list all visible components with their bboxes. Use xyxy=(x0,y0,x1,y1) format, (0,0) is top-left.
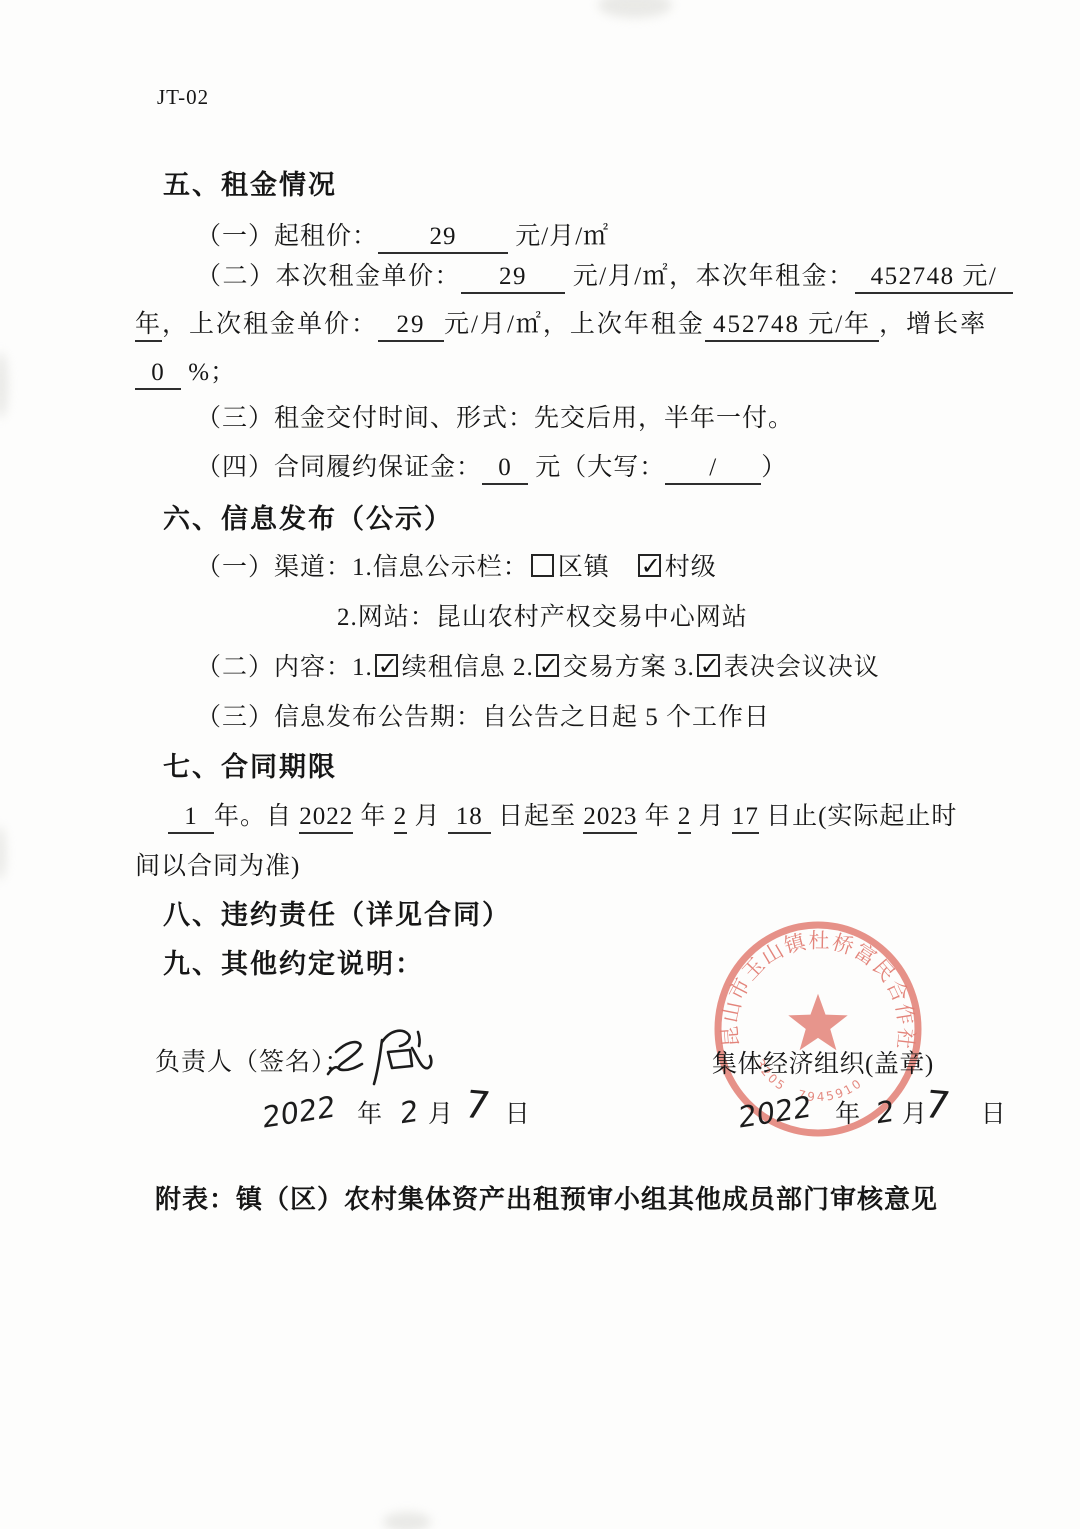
check-icon: ✓ xyxy=(378,649,399,683)
scan-smudge xyxy=(598,0,672,18)
line-payment-terms: （三）租金交付时间、形式：先交后用，半年一付。 xyxy=(196,402,794,436)
line-website: 2.网站：昆山农村产权交易中心网站 xyxy=(337,601,748,635)
term-text-3: 月 xyxy=(407,803,448,830)
date-right-day-label: 日 xyxy=(981,1101,1007,1128)
scan-smudge xyxy=(383,1512,431,1529)
start-year: 2022 xyxy=(299,802,353,834)
scan-smudge xyxy=(0,826,6,880)
checkbox-trade-plan-checked: ✓ xyxy=(536,654,559,677)
percent-sign: %； xyxy=(188,359,236,386)
checkbox-village-checked: ✓ xyxy=(638,554,661,577)
checkbox-renewal-info-checked: ✓ xyxy=(375,654,398,677)
date-left: 2022 年 2 月 7 日 xyxy=(262,1092,531,1132)
district-town-label: 区镇 xyxy=(558,554,610,581)
deposit-label: （四）合同履约保证金： xyxy=(196,454,482,481)
line-deposit: （四）合同履约保证金：0 元（大写：/） xyxy=(196,451,787,485)
appendix-note: 附表：镇（区）农村集体资产出租预审小组其他成员部门审核意见 xyxy=(155,1183,938,1217)
vote-resolution-label: 表决会议决议 xyxy=(724,654,880,681)
line-contract-term: 1年。自 2022 年 2 月 18 日起至 2023 年 2 月 17 日止(… xyxy=(168,800,957,834)
current-rent-unit-price: 29 xyxy=(461,262,565,294)
trade-plan-label: 交易方案 3. xyxy=(563,654,695,681)
date-right-year-value: 2022 xyxy=(738,1089,812,1135)
scanned-form-page: JT-02 五、租金情况 （一）起租价：29 元/月/㎡ （二）本次租金单价：2… xyxy=(0,0,1080,1529)
signature-handwriting xyxy=(322,1018,452,1103)
growth-rate-label: ，增长率 xyxy=(879,311,987,338)
seal-star-icon xyxy=(788,994,847,1051)
term-text-1: 年。自 xyxy=(214,803,299,830)
current-annual-rent: 452748 元/ xyxy=(855,262,1014,294)
deposit-caps-value: / xyxy=(665,453,761,485)
date-right-year-label: 年 xyxy=(835,1101,861,1128)
term-text-6: 月 xyxy=(691,803,732,830)
base-rent-unit: 元/月/㎡ xyxy=(515,223,609,250)
deposit-caps-label: 元（大写： xyxy=(535,454,665,481)
form-code: JT-02 xyxy=(157,80,209,114)
term-text-5: 年 xyxy=(637,803,678,830)
line-base-rent: （一）起租价：29 元/月/㎡ xyxy=(196,220,609,254)
section-5-heading: 五、租金情况 xyxy=(163,168,337,202)
line-previous-rent: 年，上次租金单价：29元/月/㎡，上次年租金452748 元/年，增长率 xyxy=(135,308,987,342)
term-text-7: 日止(实际起止时 xyxy=(759,803,958,830)
section-7-heading: 七、合同期限 xyxy=(163,750,337,784)
date-left-month-value: 2 xyxy=(400,1093,419,1130)
base-rent-value: 29 xyxy=(378,222,508,254)
contents-label: （二）内容：1. xyxy=(196,654,373,681)
end-year: 2023 xyxy=(583,802,637,834)
wrap-char-year: 年 xyxy=(135,310,162,342)
checkbox-district-town-unchecked xyxy=(531,554,554,577)
end-day: 17 xyxy=(732,802,759,834)
date-left-year-label: 年 xyxy=(357,1101,383,1128)
channels-label: （一）渠道：1.信息公示栏： xyxy=(196,554,529,581)
renewal-info-label: 续租信息 2. xyxy=(402,654,534,681)
line-contents: （二）内容：1.✓续租信息 2.✓交易方案 3.✓表决会议决议 xyxy=(196,651,880,685)
section-9-heading: 九、其他约定说明： xyxy=(163,947,424,981)
previous-rent-label: ，上次租金单价： xyxy=(162,311,378,338)
line-channels: （一）渠道：1.信息公示栏：区镇✓村级 xyxy=(196,551,717,585)
date-right: 2022 年 2 月 7 日 xyxy=(738,1092,1007,1132)
previous-annual-rent: 452748 元/年 xyxy=(705,310,879,342)
base-rent-label: （一）起租价： xyxy=(196,223,378,250)
current-rent-mid: 元/月/㎡，本次年租金： xyxy=(573,263,855,290)
start-month: 2 xyxy=(394,802,408,834)
scan-smudge xyxy=(0,352,8,418)
term-years-value: 1 xyxy=(168,802,214,834)
line-current-rent: （二）本次租金单价：29 元/月/㎡，本次年租金：452748 元/ xyxy=(196,260,1013,294)
section-8-heading: 八、违约责任（详见合同） xyxy=(163,898,511,932)
start-day: 18 xyxy=(448,802,491,834)
date-left-day-label: 日 xyxy=(505,1101,531,1128)
org-seal-label: 集体经济组织(盖章) xyxy=(712,1048,934,1082)
village-label: 村级 xyxy=(665,554,717,581)
previous-rent-unit-price: 29 xyxy=(378,310,444,342)
line-growth-rate: 0 %； xyxy=(135,356,236,390)
checkbox-vote-resolution-checked: ✓ xyxy=(697,654,720,677)
date-left-year-value: 2022 xyxy=(262,1089,336,1135)
previous-rent-mid: 元/月/㎡，上次年租金 xyxy=(444,311,705,338)
check-icon: ✓ xyxy=(641,549,662,583)
current-rent-label: （二）本次租金单价： xyxy=(196,263,461,290)
end-month: 2 xyxy=(678,802,692,834)
date-left-day-value: 7 xyxy=(462,1087,493,1123)
close-paren: ） xyxy=(761,454,787,481)
section-6-heading: 六、信息发布（公示） xyxy=(163,502,453,536)
line-announce-period: （三）信息发布公告期：自公告之日起 5 个工作日 xyxy=(196,701,770,735)
line-contract-term-wrap: 间以合同为准) xyxy=(135,850,300,884)
deposit-value: 0 xyxy=(482,453,528,485)
date-right-day-value: 7 xyxy=(922,1087,953,1123)
check-icon: ✓ xyxy=(700,649,721,683)
term-text-4: 日起至 xyxy=(491,803,584,830)
term-text-2: 年 xyxy=(353,803,394,830)
date-right-month-value: 2 xyxy=(876,1093,895,1130)
growth-rate-value: 0 xyxy=(135,358,181,390)
check-icon: ✓ xyxy=(539,649,560,683)
date-left-month-label: 月 xyxy=(428,1101,454,1128)
